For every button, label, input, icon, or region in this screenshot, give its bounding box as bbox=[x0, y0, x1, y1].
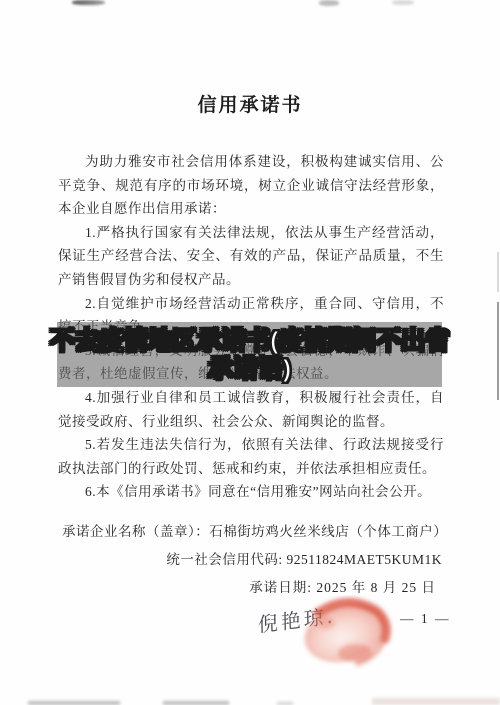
page-number: — 1 — bbox=[400, 611, 451, 627]
scan-artifact-top-mid bbox=[319, 0, 339, 6]
scan-artifact-top-right bbox=[392, 0, 414, 5]
intro-paragraph: 为助力雅安市社会信用体系建设，积极构建诚实信用、公平竞争、规范有序的市场环境，树… bbox=[58, 150, 444, 221]
commitment-item-5: 5.若发生违法失信行为，依照有关法律、行政法规接受行政执法部门的行政处罚、惩戒和… bbox=[58, 433, 444, 480]
scan-artifact-top-left bbox=[72, 0, 105, 5]
scan-artifact-right-edge bbox=[497, 302, 499, 400]
document-page: 信用承诺书 为助力雅安市社会信用体系建设，积极构建诚实信用、公平竞争、规范有序的… bbox=[0, 0, 500, 705]
document-title: 信用承诺书 bbox=[0, 90, 500, 117]
scan-artifact-right-edge-faint bbox=[497, 252, 499, 292]
commitment-item-6: 6.本《信用承诺书》同意在“信用雅安”网站向社会公开。 bbox=[58, 480, 444, 504]
watermark-caption-banner: 不去疫情地区承诺书(疫情期间不出省 承诺语) bbox=[57, 322, 442, 387]
watermark-caption-line2: 承诺语) bbox=[208, 355, 291, 383]
document-footer: 承诺企业名称（盖章）：石棉街坊鸡火丝米线店（个体工商户） 统一社会信用代码: 9… bbox=[58, 518, 444, 602]
watermark-caption-line1: 不去疫情地区承诺书(疫情期间不出省 bbox=[50, 327, 450, 355]
commitment-item-1: 1.严格执行国家有关法律法规，依法从事生产经营活动，保证生产经营合法、安全、有效… bbox=[58, 221, 444, 292]
scan-artifact-bottom-1 bbox=[28, 701, 120, 705]
scan-artifact-bottom-2 bbox=[163, 701, 229, 705]
scan-artifact-bottom-4 bbox=[372, 698, 500, 705]
company-name-line: 承诺企业名称（盖章）：石棉街坊鸡火丝米线店（个体工商户） bbox=[58, 518, 444, 546]
credit-code-line: 统一社会信用代码: 92511824MAET5KUM1K bbox=[58, 546, 444, 574]
commitment-item-4: 4.加强行业自律和员工诚信教育，积极履行社会责任，自觉接受政府、行业组织、社会公… bbox=[58, 386, 444, 433]
red-thumbprint-seal bbox=[292, 595, 398, 671]
